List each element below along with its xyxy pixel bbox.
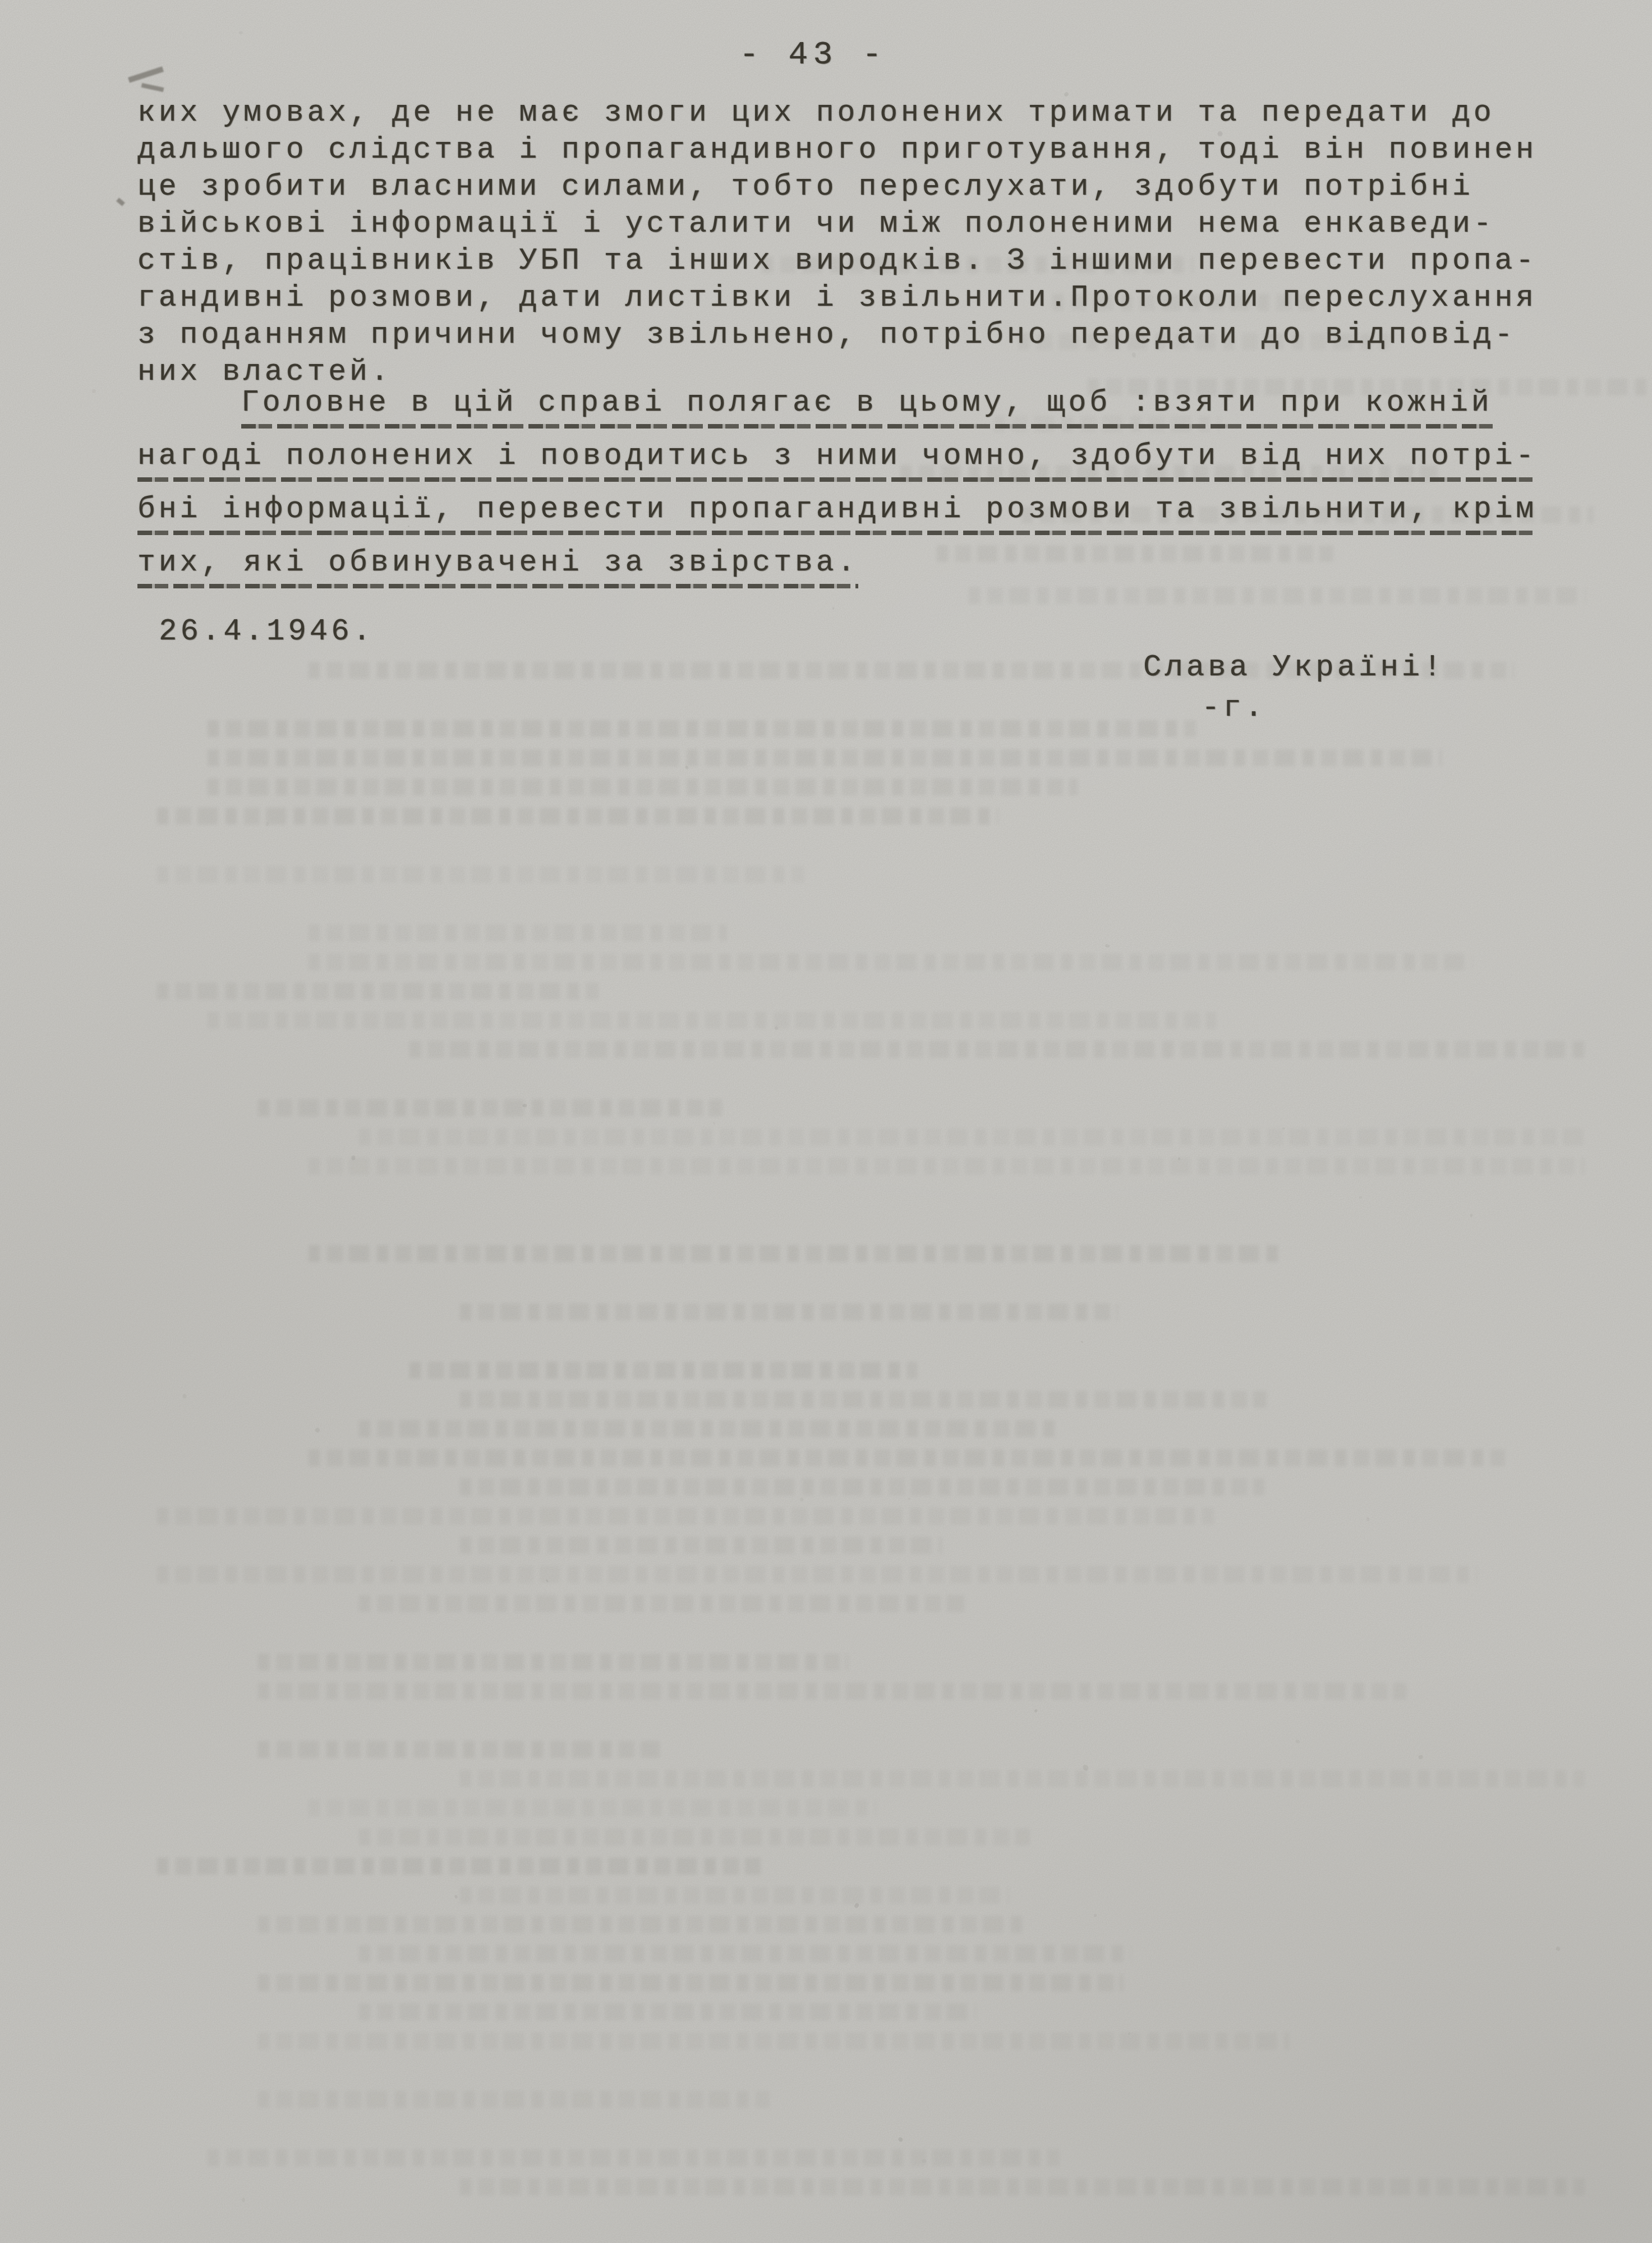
text-line: ких умовах, де не має змоги цих полонени… [137,94,1537,131]
underlined-line: нагоді полонених і поводитись з ними чом… [137,439,1537,492]
closing-salutation: Слава Україні! [1143,651,1445,685]
signature-initial: -г. [1202,691,1266,725]
body-paragraph: ких умовах, де не має змоги цих полонени… [137,94,1537,390]
date-line: 26.4.1946. [159,615,374,649]
scan-page: - 43 - ких умовах, де не має змоги цих п… [0,0,1652,2243]
text-line: них властей. [137,353,1537,390]
underlined-line: Головне в цій справі полягає в цьому, що… [137,386,1537,439]
text-line: гандивні розмови, дати листівки і звільн… [137,279,1537,316]
text-line: це зробити власними силами, тобто пересл… [137,168,1537,205]
underlined-paragraph: Головне в цій справі полягає в цьому, що… [137,386,1537,599]
text-line: нагоді полонених і поводитись з ними чом… [137,439,1537,482]
text-line: з поданням причини чому звільнено, потрі… [137,316,1537,353]
text-line: тих, які обвинувачені за звірства. [137,546,858,588]
pencil-mark [116,197,125,206]
underlined-line: бні інформації, перевести пропагандивні … [137,492,1537,546]
page-number: - 43 - [739,37,887,73]
text-line: Головне в цій справі полягає в цьому, що… [241,386,1493,429]
text-line: стів, працівників УБП та інших виродків.… [137,242,1537,279]
underlined-line: тих, які обвинувачені за звірства. [137,546,1537,599]
pencil-mark [141,83,164,92]
text-line: дальшого слідства і пропагандивного приг… [137,131,1537,168]
text-line: військові інформації і усталити чи між п… [137,205,1537,242]
pencil-mark [128,66,164,82]
text-line: бні інформації, перевести пропагандивні … [137,492,1537,535]
